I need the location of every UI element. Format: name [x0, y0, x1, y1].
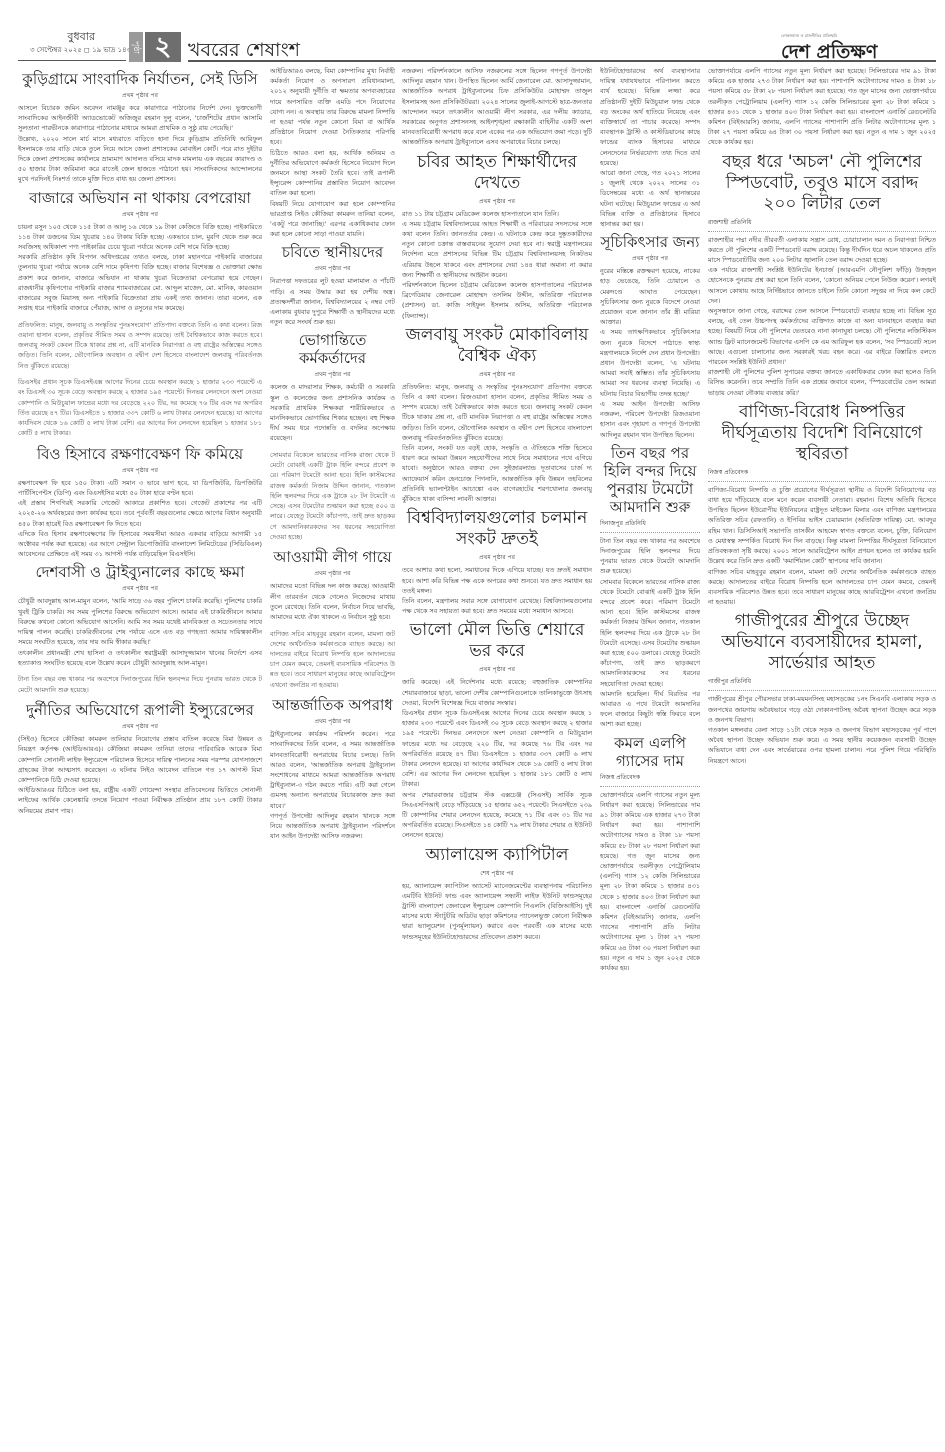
- paragraph: হয়, অ্যালায়েন্স ক্যাপিটাল অ্যাসেট ম্যা…: [402, 881, 592, 942]
- headline: জলবায়ু সংকট মোকাবিলায় বৈশ্বিক ঐক্য: [402, 325, 592, 367]
- headline: ভোগান্তিতে কর্মকর্তাদের: [270, 331, 395, 367]
- jump-line: প্রথম পৃষ্ঠার পর: [402, 552, 592, 563]
- paragraph: (সিইও) হিসেবে কৌজিয়া কামরুন তানিয়ার নি…: [18, 734, 262, 785]
- paragraph: আমাদের মতো বিভিন্ন দল কাজ করছে। আওয়ামী …: [270, 581, 395, 622]
- byline: রাজশাহী প্রতিনিধি: [708, 217, 936, 232]
- paragraph: জারি করেছে। এই নির্দেশনার মধ্যে রয়েছে: …: [402, 677, 592, 708]
- paragraph: রাজশাহী নৌ পুলিশের পুলিশ সুপারের বক্তব্য…: [708, 367, 936, 398]
- paragraph: রাজশাহীর পদ্মা নদীর তীরবর্তী এলাকায় সন্…: [708, 235, 936, 266]
- article-deshbashi: দেশবাসী ও ট্রাইব্যুনালের কাছে ক্ষমা প্রথ…: [18, 563, 262, 694]
- paragraph: প্রতিফলিত: মানুষ, জলবায়ু ও সংস্কৃতির পু…: [18, 320, 262, 371]
- headline: সূচিকিৎসার জন্য: [600, 233, 700, 251]
- paragraph: প্রধান উপদেষ্টা বলেন, 'এ ঘটনায় আমরা সবা…: [600, 358, 700, 399]
- paragraph: তিনি বলেন, মন্ত্রণালয় সবার সঙ্গে যোগাযো…: [402, 596, 592, 616]
- byline: দিনাজপুর প্রতিনিধি: [600, 518, 700, 533]
- jump-line: প্রথম পৃষ্ঠার পর: [270, 369, 395, 380]
- paragraph: এ সময় তাৎক্ষণিকভাবে সুচিকিৎসার জন্য নুর…: [600, 327, 700, 358]
- jump-line: প্রথম পৃষ্ঠার পর: [402, 196, 592, 207]
- headline: অ্যালায়েন্স ক্যাপিটাল: [402, 845, 592, 866]
- paragraph: সোমবার বিকেলে ভারতের নাসিক রাজ্য থেকে টম…: [600, 577, 700, 689]
- article-bo-fee: বিও হিসাবে রক্ষণাবেক্ষণ ফি কমিয়ে প্রথম …: [18, 445, 262, 560]
- jump-line: শেষ পৃষ্ঠার পর: [402, 868, 592, 879]
- headline: কমল এলপি গ্যাসের দাম: [600, 734, 700, 770]
- column-3-content: নজরুল। পরিদর্শনকালে আসিফ নজরুলের সঙ্গে ছ…: [402, 66, 592, 1444]
- paragraph: চায়না রসুন ১০৫ থেকে ১১৫ টাকা ও আলু ১৬ থ…: [18, 222, 262, 253]
- paragraph: টানা তিন বছর বন্ধ থাকার পর অবশেষে দিনাজপ…: [18, 674, 262, 694]
- paragraph: নুরের মস্তিষ্কে রক্তক্ষরণ হয়েছে, নাকের …: [600, 266, 700, 327]
- column-1: কুড়িগ্রামে সাংবাদিক নির্যাতন, সেই ডিসি …: [18, 66, 262, 1444]
- paragraph: নজরুল। পরিদর্শনকালে আসিফ নজরুলের সঙ্গে ছ…: [402, 66, 592, 148]
- paragraph: চিঠিতে আরও বলা হয়, আর্থিক অনিয়ম ও দুর্…: [270, 148, 395, 199]
- paragraph: গাজীপুরের শ্রীপুর পৌরসভার ঢাকা-ময়মনসিংহ…: [708, 694, 936, 725]
- paragraph: এই প্রস্তাব শিগগিরই সরকারি গেজেট আকারে প…: [18, 498, 262, 529]
- byline: নিজস্ব প্রতিবেদক: [600, 772, 700, 787]
- column-4: ইউনিটহোল্ডারদের অর্থ ব্যবস্থাপনার দায়িত…: [600, 66, 700, 1444]
- paragraph: নিরাপত্তা দফতরের লুট হওয়া মালামাল ও পাঁ…: [270, 276, 395, 327]
- paragraph: রাত ১১ টায় চট্টগ্রাম মেডিকেল কলেজ হাসপা…: [402, 209, 592, 219]
- jump-line: প্রথম পৃষ্ঠার পর: [402, 369, 592, 380]
- paragraph: ট্রাইব্যুনালের কার্যক্রম পরিদর্শন করেন। …: [270, 729, 395, 811]
- paragraph: প্রতিফলিত: মানুষ, জলবায়ু ও সংস্কৃতির পু…: [402, 382, 592, 443]
- paragraph: এক পর্যায়ে রাজশাহী সংশ্লিষ্ট ইউনিটের ইন…: [708, 265, 936, 306]
- paragraph: গতকাল মঙ্গলবার বেলা সাড়ে ১১টা থেকে সড়ক…: [708, 725, 936, 766]
- page-number: ২: [145, 32, 181, 62]
- article-bazar: বাজারে অভিযান না থাকায় বেপরোয়া প্রথম প…: [18, 189, 262, 439]
- jump-line: প্রথম পৃষ্ঠার পর: [18, 465, 262, 476]
- jump-line: প্রথম পৃষ্ঠার পর: [270, 263, 395, 274]
- jump-line: প্রথম পৃষ্ঠার পর: [18, 90, 262, 101]
- paragraph: এদিকে বিও হিসাব রক্ষণাবেক্ষণের ফি হিসাবে…: [18, 529, 262, 560]
- paragraph: বাণিজ্য সচিব মাহবুবুর রহমান বলেন, মামলা …: [270, 629, 395, 690]
- article-kurigram: কুড়িগ্রামে সাংবাদিক নির্যাতন, সেই ডিসি …: [18, 70, 262, 185]
- paragraph: সরকারি প্রতিষ্ঠান কৃষি বিপণন অধিদপ্তরের …: [18, 252, 262, 313]
- jump-line: প্রথম পৃষ্ঠার পর: [18, 721, 262, 732]
- paragraph: সোমবার বিকেলে ভারতের নাসিক রাজ্য থেকে টম…: [270, 450, 395, 542]
- paragraph: তবে আশার কথা হলো, সমাধানের দিকে এগিয়ে য…: [402, 565, 592, 596]
- paragraph: অনুসন্ধানে জানা গেছে, বরাদ্দের তেল আসলে …: [708, 306, 936, 367]
- headline: বাজারে অভিযান না থাকায় বেপরোয়া: [18, 189, 262, 207]
- jump-line: প্রথম পৃষ্ঠার পর: [270, 716, 395, 727]
- paragraph: তিনি বলেন, সংকট যত বড়ই হোক, সংস্কৃতি ও …: [402, 443, 592, 504]
- paragraph: বিষয়টি নিয়ে যোগাযোগ করা হলে কোম্পানির …: [270, 199, 395, 240]
- paragraph: আসলে বিচারক জমিন অবেদন নামঞ্জুর করে কারা…: [18, 103, 262, 134]
- jump-line: প্রথম পৃষ্ঠার পর: [18, 209, 262, 220]
- section-title: খবরের শেষাংশ: [188, 36, 300, 68]
- paragraph: রক্ষণাবেক্ষণ ফি হবে ১৫০ টাকা। এটি সমান ৩…: [18, 478, 262, 498]
- paragraph: ডিএসইর প্রধান সূচক ডিএসইএক্স আগের দিনের …: [402, 708, 592, 790]
- paragraph: আরো জানা গেছে, গত ২০২১ সালের ১ জুলাই থেক…: [600, 168, 700, 229]
- paragraph: ভোক্তাপর্যায়ে এলপি গ্যাসের নতুন মূল্য ন…: [600, 790, 700, 974]
- column-5: ভোক্তাপর্যায়ে এলপি গ্যাসের নতুন মূল্য ন…: [708, 66, 936, 1444]
- paragraph: পরিদর্শনকালে ছিলেন চট্টগ্রাম মেডিকেল কলে…: [402, 280, 592, 321]
- paragraph: আইডিআরএর চিঠিতে বলা হয়, রাষ্ট্রীয় একটি…: [18, 785, 262, 816]
- paragraph: বাণিজ্য-বিরোধ নিষ্পত্তি ও চুক্তি প্রয়োগ…: [708, 485, 936, 567]
- paragraph: তৎকালীন প্রধানমন্ত্রী শেখ হাসিনা ও তৎকাল…: [18, 648, 262, 668]
- headline: বছর ধরে 'অচল' নৌ পুলিশের স্পিডবোট, তবুও …: [708, 152, 936, 215]
- byline: নিজস্ব প্রতিবেদক: [708, 467, 936, 482]
- headline: বিশ্ববিদ্যালয়গুলোর চলমান সংকট দ্রুতই: [402, 508, 592, 550]
- paragraph: আইডিআরএ বলছে, বিমা কোম্পানির মুখ্য নির্ব…: [270, 66, 395, 148]
- headline: চবির আহত শিক্ষার্থীদের দেখতে: [402, 152, 592, 194]
- paragraph: ডিএসইর প্রধান সূচক ডিএসইএক্স আগের দিনের …: [18, 377, 262, 438]
- headline: দেশবাসী ও ট্রাইব্যুনালের কাছে ক্ষমা: [18, 563, 262, 581]
- column-2: আইডিআরএ বলছে, বিমা কোম্পানির মুখ্য নির্ব…: [270, 66, 395, 1444]
- headline: চবিতে স্থানীয়দের: [270, 243, 395, 261]
- headline: বাণিজ্য-বিরোধ নিষ্পত্তির দীর্ঘসূত্রতায় …: [708, 402, 936, 465]
- issue-date: ৩ সেপ্টেম্বর ২০২৫ ◻ ১৯ ভাদ্র ১৪৩২: [30, 44, 136, 56]
- paragraph: এ সময় আইন উপদেষ্টা আসিফ নজরুল, পরিবেশ উ…: [600, 399, 700, 440]
- paragraph: টানা তিন বছর বন্ধ থাকার পর অবশেষে দিনাজপ…: [600, 536, 700, 577]
- page-label: পৃষ্ঠা: [129, 32, 143, 62]
- headline: আওয়ামী লীগ গায়ে: [270, 548, 395, 566]
- paragraph: ভোক্তাপর্যায়ে এলপি গ্যাসের নতুন মূল্য ন…: [708, 66, 936, 148]
- paragraph: আমদানি হয়েছিল। দীর্ঘ বিরতির পর আবারও এ …: [600, 689, 700, 730]
- paragraph: বাণিজ্য সচিব মাহবুবুর রহমান বলেন, মামলা …: [708, 567, 936, 608]
- jump-line: প্রথম পৃষ্ঠার পর: [18, 583, 262, 594]
- paragraph: অপর শেয়ারবাজার চট্টগ্রাম স্টক এক্সচেঞ্জ…: [402, 790, 592, 841]
- byline: গাজীপুর প্রতিনিধি: [708, 676, 936, 691]
- headline: গাজীপুরের শ্রীপুরে উচ্ছেদ অভিযানে ব্যবসা…: [708, 611, 936, 674]
- paragraph: ইউনিটহোল্ডারদের অর্থ ব্যবস্থাপনার দায়িত…: [600, 66, 700, 168]
- headline: বিও হিসাবে রক্ষণাবেক্ষণ ফি কমিয়ে: [18, 445, 262, 463]
- article-rupali: দুর্নীতির অভিযোগে রূপালী ইন্স্যুরেন্সের …: [18, 701, 262, 816]
- jump-line: প্রথম পৃষ্ঠার পর: [270, 568, 395, 579]
- headline: দুর্নীতির অভিযোগে রূপালী ইন্স্যুরেন্সের: [18, 701, 262, 719]
- paragraph: উল্লেখ্য, ২০২০ সালে মার্চ মাসে মধ্যরাতে …: [18, 134, 262, 185]
- headline: ভালো মৌল ভিত্তি শেয়ারে ভর করে: [402, 620, 592, 662]
- headline: কুড়িগ্রামে সাংবাদিক নির্যাতন, সেই ডিসি: [18, 70, 262, 88]
- paragraph: গণপূর্ত উপদেষ্টা আদিলুর রহমান খানকে সঙ্গ…: [270, 811, 395, 842]
- paragraph: এ সময় চট্টগ্রাম বিশ্ববিদ্যালয়ের আহত শি…: [402, 219, 592, 280]
- paragraph: কলেজ ও মাদরাসার শিক্ষক, কর্মচারী ও সরকার…: [270, 382, 395, 443]
- jump-line: প্রথম পৃষ্ঠার পর: [402, 664, 592, 675]
- jump-line: প্রথম পৃষ্ঠার পর: [600, 253, 700, 264]
- headline: আন্তর্জাতিক অপরাধ: [270, 696, 395, 714]
- headline: তিন বছর পর হিলি বন্দর দিয়ে পুনরায় টমেট…: [600, 444, 700, 516]
- header-rule-left: [18, 60, 126, 61]
- paragraph: চৌধুরী আবদুল্লাহ আল-মামুন বলেন, 'আমি সাড…: [18, 596, 262, 647]
- masthead: বুধবার ৩ সেপ্টেম্বর ২০২৫ ◻ ১৯ ভাদ্র ১৪৩২…: [0, 0, 945, 62]
